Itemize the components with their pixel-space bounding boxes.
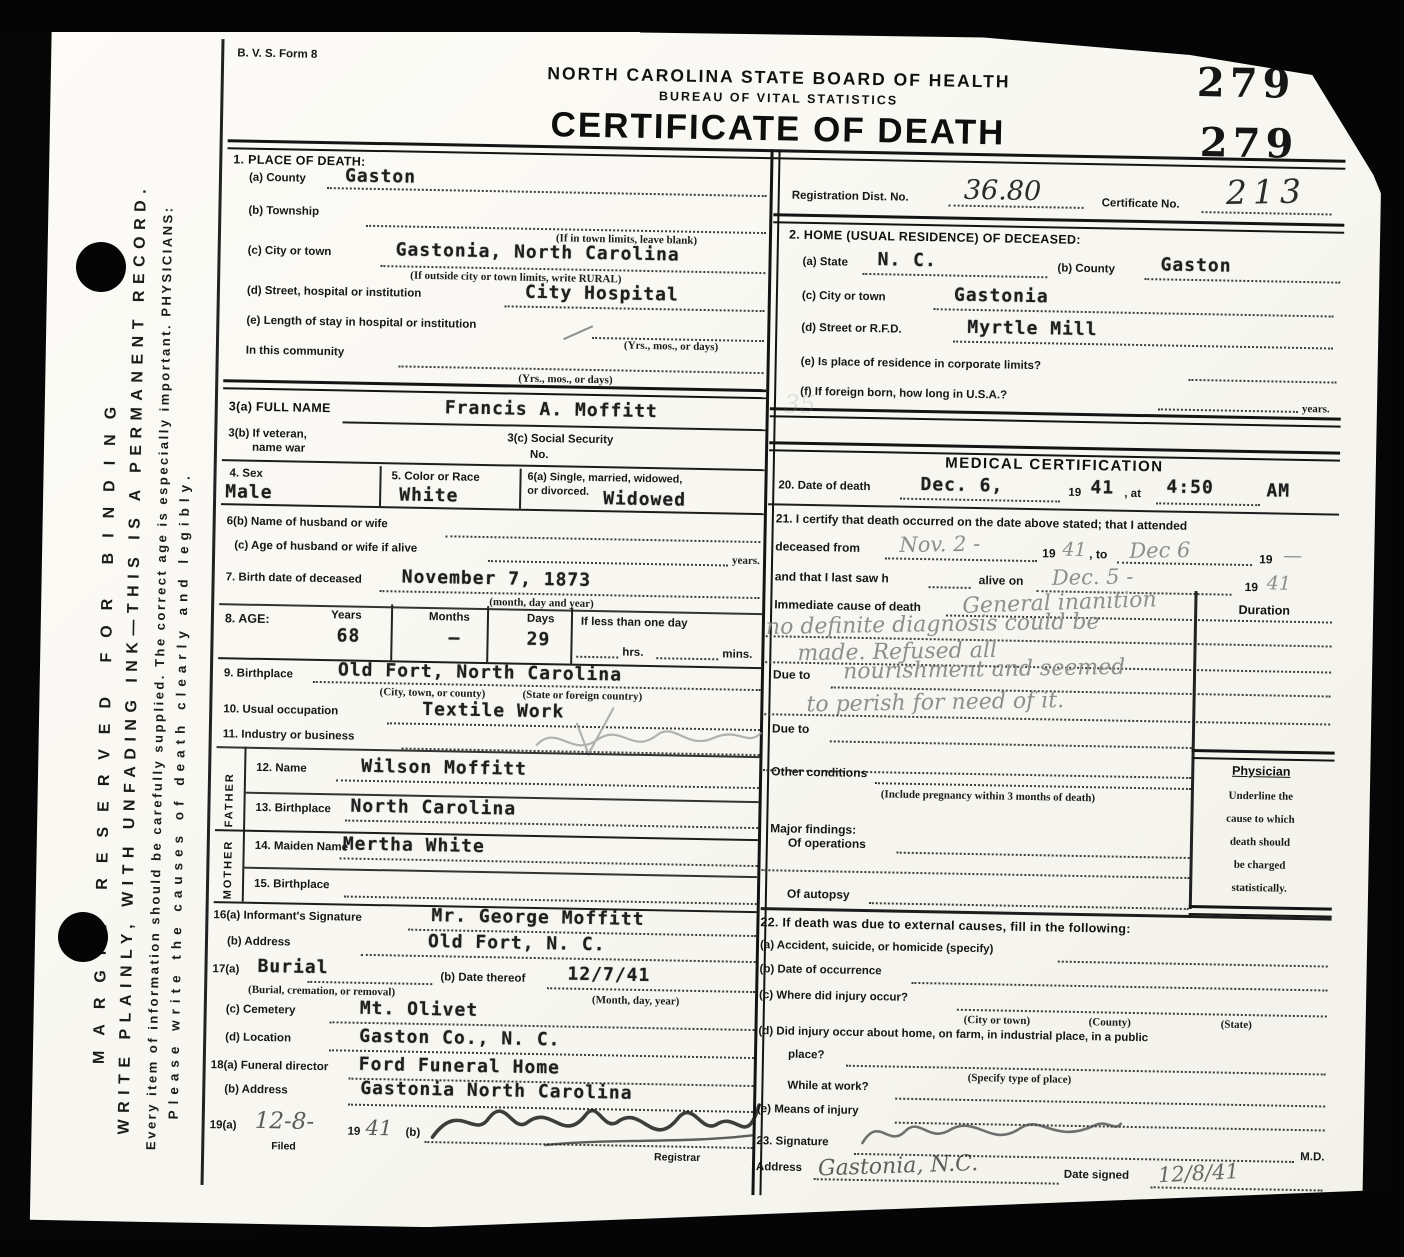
section1-rule <box>223 379 766 399</box>
major-findings-label: Major findings: <box>770 821 856 837</box>
cemetery-value: Mt. Olivet <box>360 998 479 1021</box>
attended-to-date: Dec 6 <box>1129 538 1190 563</box>
external-d-line <box>846 1065 1326 1076</box>
external-a-label: (a) Accident, suicide, or homicide (spec… <box>760 939 994 955</box>
other-conditions-note: (Include pregnancy within 3 months of de… <box>881 788 1096 804</box>
physician-addr-handwritten: Gastonia, N.C. <box>818 1151 979 1181</box>
community-label: In this community <box>246 345 345 359</box>
father-birthplace-value: North Carolina <box>350 796 516 820</box>
father-vertical-label: FATHER <box>223 772 236 827</box>
other-conditions-label: Other conditions <box>771 764 867 780</box>
stay-label: (e) Length of stay in hospital or instit… <box>246 315 476 331</box>
spouse-label: 6(b) Name of husband or wife <box>227 515 388 530</box>
spouse-age-line <box>488 560 728 566</box>
printed-19: 19 <box>1068 487 1081 499</box>
punch-hole-top <box>76 242 126 292</box>
race-value: White <box>399 484 459 506</box>
physician-signature <box>856 1101 1127 1160</box>
margin-physicians-note: Please write the causes of death clearly… <box>166 470 193 1120</box>
marital-label-1: 6(a) Single, married, widowed, <box>527 471 682 486</box>
foreign-born-label: (f) If foreign born, how long in U.S.A.? <box>800 386 1007 402</box>
filed-date-handwritten: 12-8- <box>254 1108 314 1135</box>
saw-label-1: and that I last saw h <box>775 569 889 585</box>
home-state-label: (a) State <box>802 256 848 269</box>
hrs-label: hrs. <box>622 647 643 659</box>
home-city-value: Gastonia <box>954 285 1049 308</box>
informant-addr-value: Old Fort, N. C. <box>428 931 606 955</box>
home-city-line <box>934 308 1334 317</box>
birthdate-label: 7. Birth date of deceased <box>226 571 362 585</box>
full-name-label: 3(a) FULL NAME <box>229 399 331 415</box>
age-days-label: Days <box>527 613 555 626</box>
parents-inner-divider <box>242 747 247 902</box>
spouse-age-label: (c) Age of husband or wife if alive <box>234 539 417 554</box>
cell-divider <box>390 604 393 660</box>
industry-label: 11. Industry or business <box>223 728 355 742</box>
autopsy-line <box>869 902 1189 910</box>
date-of-death-time: 4:50 <box>1166 477 1214 499</box>
mins-label: mins. <box>722 648 752 661</box>
findings-blank-line <box>761 869 1189 879</box>
registrar-caption: Registrar <box>654 1151 700 1164</box>
external-b-line <box>911 982 1327 992</box>
external-b-label: (b) Date of occurrence <box>759 963 881 977</box>
filed-year-printed: 19 <box>347 1126 360 1138</box>
certificate-no-line <box>1202 211 1332 215</box>
sex-value: Male <box>225 481 273 503</box>
date-of-death-label: 20. Date of death <box>778 479 870 493</box>
age-years-label: Years <box>331 609 362 622</box>
burial-date-line <box>547 987 755 993</box>
physician-addr-line <box>814 1178 1059 1184</box>
cell-divider <box>570 608 573 664</box>
burial-date-label: (b) Date thereof <box>440 971 525 985</box>
form-number: B. V. S. Form 8 <box>237 47 317 60</box>
while-at-work-label: While at work? <box>787 1080 868 1093</box>
home-state-line <box>862 273 1047 278</box>
veteran-row-line <box>222 459 765 471</box>
date-signed-label: Date signed <box>1064 1169 1129 1182</box>
printed-19: 19 <box>1259 552 1273 566</box>
last-saw-date: Dec. 5 - <box>1052 564 1134 589</box>
physician-note-3: death should <box>1192 835 1328 849</box>
occupation-label: 10. Usual occupation <box>223 703 338 717</box>
birthdate-value: November 7, 1873 <box>402 567 592 591</box>
scanned-death-certificate: { "stamps": { "number_top": "279", "numb… <box>0 0 1404 1257</box>
corporate-limits-label: (e) Is place of residence in corporate l… <box>801 356 1041 372</box>
operations-line <box>897 852 1190 859</box>
funeral-director-label: 18(a) Funeral director <box>211 1059 329 1073</box>
marital-value: Widowed <box>603 488 686 511</box>
spouse-line <box>445 535 760 543</box>
due-handwritten-2: to perish for need of it. <box>806 688 1064 717</box>
home-city-label: (c) City or town <box>802 290 886 304</box>
street-value: City Hospital <box>525 282 679 306</box>
home-county-label: (b) County <box>1057 262 1115 275</box>
external-a-line <box>1058 961 1328 968</box>
physician-note-2: cause to which <box>1192 812 1328 826</box>
scan-right-band <box>1388 0 1404 1257</box>
due-to-label-1: Due to <box>773 667 811 682</box>
date-of-death-ampm: AM <box>1266 480 1290 501</box>
cemetery-label: (c) Cemetery <box>226 1003 296 1016</box>
full-name-value: Francis A. Moffitt <box>445 397 658 422</box>
mother-name-value: Mertha White <box>343 833 485 857</box>
father-name-value: Wilson Moffitt <box>361 756 527 780</box>
dod-line <box>900 498 1060 503</box>
certificate-no-label: Certificate No. <box>1102 197 1180 210</box>
street-label: (d) Street, hospital or institution <box>247 285 422 300</box>
cell-divider <box>486 606 489 662</box>
scan-bottom-band <box>0 1234 1404 1257</box>
faint-pencil-number: 35 <box>784 389 816 419</box>
informant-addr-line <box>361 954 756 963</box>
township-label: (b) Township <box>248 205 319 218</box>
informant-addr-label: (b) Address <box>227 935 291 948</box>
means-of-injury-label: (e) Means of injury <box>757 1103 859 1117</box>
home-street-label: (d) Street or R.F.D. <box>801 322 902 336</box>
at-label: , at <box>1124 488 1141 500</box>
to-line <box>1117 562 1252 566</box>
birthplace-label: 9. Birthplace <box>224 667 293 680</box>
veteran-label-1: 3(b) If veteran, <box>228 427 307 440</box>
funeral-addr-label: (b) Address <box>224 1083 288 1096</box>
full-name-line <box>343 421 766 431</box>
physician-box-top-rule <box>1192 749 1335 762</box>
mother-name-line <box>340 857 758 867</box>
physician-sig-label: 23. Signature <box>756 1135 828 1148</box>
mother-name-label: 14. Maiden Name <box>255 840 349 854</box>
attended-from-date: Nov. 2 - <box>899 532 980 557</box>
sex-label: 4. Sex <box>229 467 262 480</box>
burial-type-note: (Burial, cremation, or removal) <box>248 984 395 999</box>
due-handwritten-1: nourishment and seemed <box>843 655 1126 685</box>
saw-blank <box>929 586 971 589</box>
saw-label-2: alive on <box>979 573 1024 588</box>
external-d-note: (Specify type of place) <box>968 1072 1072 1086</box>
father-name-label: 12. Name <box>256 762 307 775</box>
home-years-suffix: years. <box>1302 403 1330 416</box>
due-line-2 <box>764 713 1330 725</box>
registrar-signature <box>424 1073 765 1161</box>
certificate-form: B. V. S. Form 8 NORTH CAROLINA STATE BOA… <box>208 39 1349 1219</box>
home-state-value: N. C. <box>877 249 937 271</box>
foreign-born-line <box>1158 408 1298 413</box>
date-of-death-year: 41 <box>1090 477 1114 498</box>
filed-caption: Filed <box>271 1140 296 1152</box>
filed-b-label: (b) <box>405 1127 420 1139</box>
due-to-label-2: Due to <box>772 721 810 736</box>
attended-from-year: 41 <box>1062 539 1087 561</box>
burial-type-value: Burial <box>257 956 328 978</box>
printed-19: 19 <box>1042 546 1056 560</box>
street-line <box>505 305 765 312</box>
last-saw-year: 41 <box>1267 572 1292 594</box>
md-label: M.D. <box>1300 1151 1324 1163</box>
informant-sig-label: 16(a) Informant's Signature <box>213 909 362 924</box>
physician-note-4: be charged <box>1191 858 1327 872</box>
cell-divider <box>379 466 382 506</box>
burial-location-label: (d) Location <box>225 1031 291 1044</box>
dod-time-line <box>1156 502 1260 506</box>
home-street-value: Myrtle Mill <box>967 317 1098 340</box>
burial-label: 17(a) <box>212 963 239 975</box>
certificate-no-value: 213 <box>1226 172 1308 212</box>
filed-year-handwritten: 41 <box>365 1116 392 1140</box>
physician-note-1: Underline the <box>1193 789 1329 803</box>
printed-19: 19 <box>1245 580 1259 594</box>
cause-label: Immediate cause of death <box>774 597 921 614</box>
external-c-note-1: (City or town) <box>964 1014 1031 1027</box>
date-of-death-month: Dec. 6, <box>920 474 1003 497</box>
age-label: 8. AGE: <box>225 611 270 626</box>
registration-dist-label: Registration Dist. No. <box>792 190 909 204</box>
age-years-value: 68 <box>336 625 360 646</box>
home-street-line <box>953 341 1333 350</box>
external-causes-heading: 22. If death was due to external causes,… <box>760 915 1131 936</box>
city-value: Gastonia, North Carolina <box>396 239 680 265</box>
form-left-border <box>201 39 224 1185</box>
age-days-value: 29 <box>526 629 550 650</box>
autopsy-label: Of autopsy <box>787 887 850 902</box>
birthplace-note-1: (City, town, or county) <box>379 686 485 700</box>
father-name-line <box>336 779 759 789</box>
home-heading: 2. HOME (USUAL RESIDENCE) OF DECEASED: <box>789 228 1081 247</box>
hrs-line <box>576 656 618 659</box>
home-county-line <box>1144 278 1340 284</box>
from-line <box>885 557 1037 562</box>
mother-vertical-label: MOTHER <box>222 840 235 900</box>
county-line <box>327 187 767 197</box>
physician-label: Physician <box>1193 763 1329 779</box>
ssn-label-1: 3(c) Social Security <box>507 432 613 446</box>
filed-label: 19(a) <box>210 1119 237 1131</box>
cell-divider <box>519 469 522 509</box>
external-c-label: (c) Where did injury occur? <box>759 989 908 1004</box>
age-months-label: Months <box>429 611 470 624</box>
right-column: Registration Dist. No. 36.80 Certificate… <box>755 49 1347 1219</box>
burial-date-value: 12/7/41 <box>567 964 650 987</box>
physician-addr-label: Address <box>756 1161 802 1174</box>
registration-dist-line <box>949 204 1084 208</box>
punch-hole-bottom <box>58 912 108 962</box>
father-birthplace-line <box>345 820 758 830</box>
mins-line <box>656 657 718 660</box>
external-c-note-3: (State) <box>1221 1019 1252 1032</box>
age-months-value: – <box>448 627 460 648</box>
physician-note-5: statistically. <box>1191 881 1327 895</box>
age-less-label: If less than one day <box>581 616 688 630</box>
home-county-value: Gaston <box>1160 254 1231 276</box>
row-line <box>242 867 757 878</box>
pencil-scribble <box>516 695 767 780</box>
date-signed-handwritten: 12/8/41 <box>1157 1159 1239 1187</box>
certify-line: 21. I certify that death occurred on the… <box>776 511 1188 533</box>
years-suffix: years. <box>732 555 760 568</box>
attended-to-year: — <box>1283 545 1302 567</box>
duration-label: Duration <box>1196 602 1332 618</box>
external-d-label-2: place? <box>788 1049 825 1062</box>
scan-top-band <box>0 0 700 32</box>
ssn-label-2: No. <box>530 449 549 461</box>
informant-sig-value: Mr. George Moffitt <box>431 905 644 930</box>
marital-label-2: or divorced. <box>527 485 589 498</box>
from-label: deceased from <box>775 539 860 555</box>
county-value: Gaston <box>345 165 416 187</box>
county-label: (a) County <box>249 172 306 185</box>
father-birthplace-label: 13. Birthplace <box>255 802 331 815</box>
operations-label: Of operations <box>788 836 866 851</box>
burial-date-note: (Month, day, year) <box>592 994 680 1008</box>
date-signed-line <box>1151 1186 1323 1191</box>
race-label: 5. Color or Race <box>391 470 479 484</box>
external-c-note-2: (County) <box>1089 1016 1131 1029</box>
margin-binding-note: MARGIN RESERVED FOR BINDING <box>91 392 121 1064</box>
city-label: (c) City or town <box>248 245 332 259</box>
mother-birthplace-label: 15. Birthplace <box>254 878 330 891</box>
stay-note: (Yrs., mos., or days) <box>624 340 718 354</box>
registration-dist-value: 36.80 <box>964 175 1042 207</box>
corporate-limits-line <box>1188 379 1336 384</box>
to-label: , to <box>1089 547 1107 561</box>
burial-location-value: Gaston Co., N. C. <box>359 1026 561 1051</box>
pencil-dash <box>563 325 593 340</box>
father-mother-line <box>215 829 758 841</box>
certificate-paper: MARGIN RESERVED FOR BINDING WRITE PLAINL… <box>30 12 1384 1244</box>
mother-birthplace-line <box>344 895 757 905</box>
due2-line <box>830 740 1192 749</box>
veteran-label-2: name war <box>252 442 305 455</box>
